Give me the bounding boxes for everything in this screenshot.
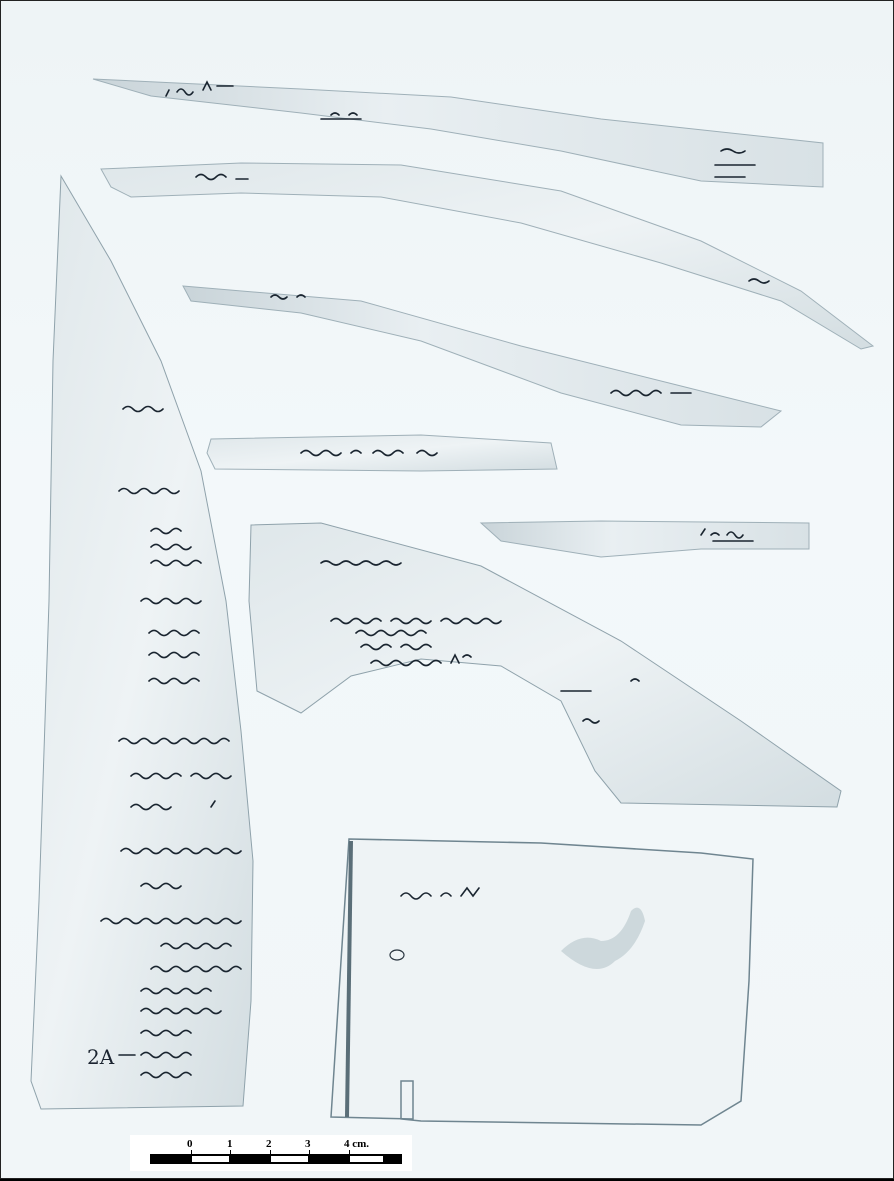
fragment-rectangular (331, 839, 753, 1125)
scale-tick (191, 1150, 192, 1154)
scale-ruler (150, 1154, 402, 1164)
photo-frame: 2A 0 1 2 3 4 cm. (0, 0, 894, 1179)
fragment-strip-2 (101, 163, 873, 349)
scale-bar: 0 1 2 3 4 cm. (130, 1135, 412, 1171)
fragments-layer (1, 1, 894, 1179)
fragment-strip-5 (481, 521, 809, 557)
scale-tick (309, 1150, 310, 1154)
scale-segment (271, 1156, 308, 1162)
inventory-mark: 2A (87, 1045, 114, 1069)
scale-tick (270, 1150, 271, 1154)
fragment-tall-triangular (31, 176, 253, 1109)
scale-labels: 0 1 2 3 4 cm. (130, 1138, 412, 1152)
scale-label-4: 4 cm. (344, 1138, 369, 1150)
scale-label-2: 2 (266, 1138, 272, 1150)
scale-tick (230, 1150, 231, 1154)
scale-segment (350, 1156, 383, 1162)
scale-label-1: 1 (227, 1138, 233, 1150)
scale-label-0: 0 (187, 1138, 193, 1150)
fragment-curved (249, 523, 841, 807)
scale-segment (192, 1156, 229, 1162)
scale-label-3: 3 (305, 1138, 311, 1150)
scale-tick (349, 1150, 350, 1154)
fragment-strip-3 (183, 286, 781, 427)
fragment-strip-4 (207, 435, 557, 471)
